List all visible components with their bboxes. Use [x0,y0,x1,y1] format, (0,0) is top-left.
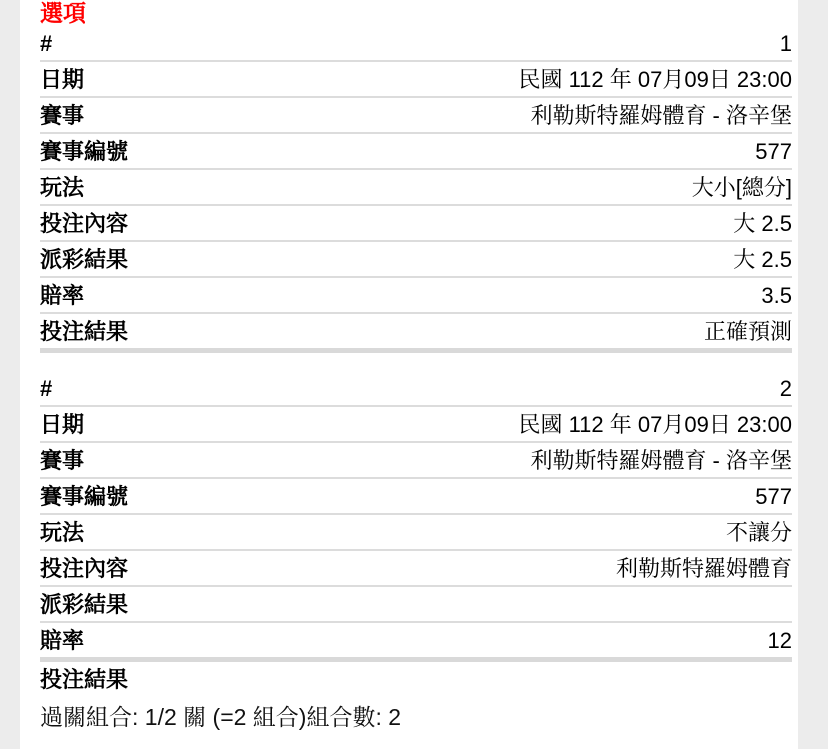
row-label: 玩法 [40,175,84,200]
row-label: 投注結果 [40,319,128,344]
row-value: 577 [755,484,792,509]
row-label: 日期 [40,67,84,92]
row-label: 玩法 [40,520,84,545]
row-value: 大小[總分] [692,175,792,200]
row-value: 1 [780,31,792,56]
row-value: 大 2.5 [733,247,792,272]
row-value: 12 [768,628,792,653]
row-label: 賽事編號 [40,139,128,164]
row-label: 賠率 [40,628,84,653]
section-divider [40,348,792,353]
row-value: 民國 112 年 07月09日 23:00 [518,67,792,92]
row-index: # 2 [40,371,792,407]
row-bet-type: 玩法 大小[總分] [40,170,792,206]
row-date: 日期 民國 112 年 07月09日 23:00 [40,62,792,98]
row-label: # [40,31,52,56]
row-value: 利勒斯特羅姆體育 [616,556,792,581]
row-label: 賽事編號 [40,484,128,509]
row-label: 投注內容 [40,211,128,236]
bet-detail-page: 選項 # 1 日期 民國 112 年 07月09日 23:00 賽事 利勒斯特羅… [20,0,798,749]
row-payout-result: 派彩結果 [40,587,792,623]
row-label: 投注結果 [40,667,128,692]
row-odds: 賠率 3.5 [40,278,792,314]
selection-1: # 1 日期 民國 112 年 07月09日 23:00 賽事 利勒斯特羅姆體育… [40,26,792,353]
row-bet-result: 投注結果 [40,662,792,696]
row-value: 利勒斯特羅姆體育 - 洛辛堡 [530,448,792,473]
row-label: 日期 [40,412,84,437]
row-match: 賽事 利勒斯特羅姆體育 - 洛辛堡 [40,98,792,134]
row-value: 大 2.5 [733,211,792,236]
row-bet-type: 玩法 不讓分 [40,515,792,551]
row-event-number: 賽事編號 577 [40,134,792,170]
row-value: 不讓分 [726,520,792,545]
row-label: 派彩結果 [40,592,128,617]
row-label: 派彩結果 [40,247,128,272]
row-label: 賽事 [40,448,84,473]
row-label: 投注內容 [40,556,128,581]
row-event-number: 賽事編號 577 [40,479,792,515]
row-value: 正確預測 [704,319,792,344]
selection-2: # 2 日期 民國 112 年 07月09日 23:00 賽事 利勒斯特羅姆體育… [40,371,792,696]
row-value: 3.5 [761,283,792,308]
row-value: 2 [780,376,792,401]
row-value: 民國 112 年 07月09日 23:00 [518,412,792,437]
row-value: 利勒斯特羅姆體育 - 洛辛堡 [530,103,792,128]
row-label: # [40,376,52,401]
page-title: 選項 [40,0,792,26]
row-odds: 賠率 12 [40,623,792,657]
row-bet-result: 投注結果 正確預測 [40,314,792,348]
parlay-summary: 過關組合: 1/2 關 (=2 組合)組合數: 2 [40,696,792,732]
row-label: 賽事 [40,103,84,128]
row-bet-content: 投注內容 大 2.5 [40,206,792,242]
row-payout-result: 派彩結果 大 2.5 [40,242,792,278]
row-index: # 1 [40,26,792,62]
row-value: 577 [755,139,792,164]
row-label: 賠率 [40,283,84,308]
row-date: 日期 民國 112 年 07月09日 23:00 [40,407,792,443]
row-match: 賽事 利勒斯特羅姆體育 - 洛辛堡 [40,443,792,479]
row-bet-content: 投注內容 利勒斯特羅姆體育 [40,551,792,587]
